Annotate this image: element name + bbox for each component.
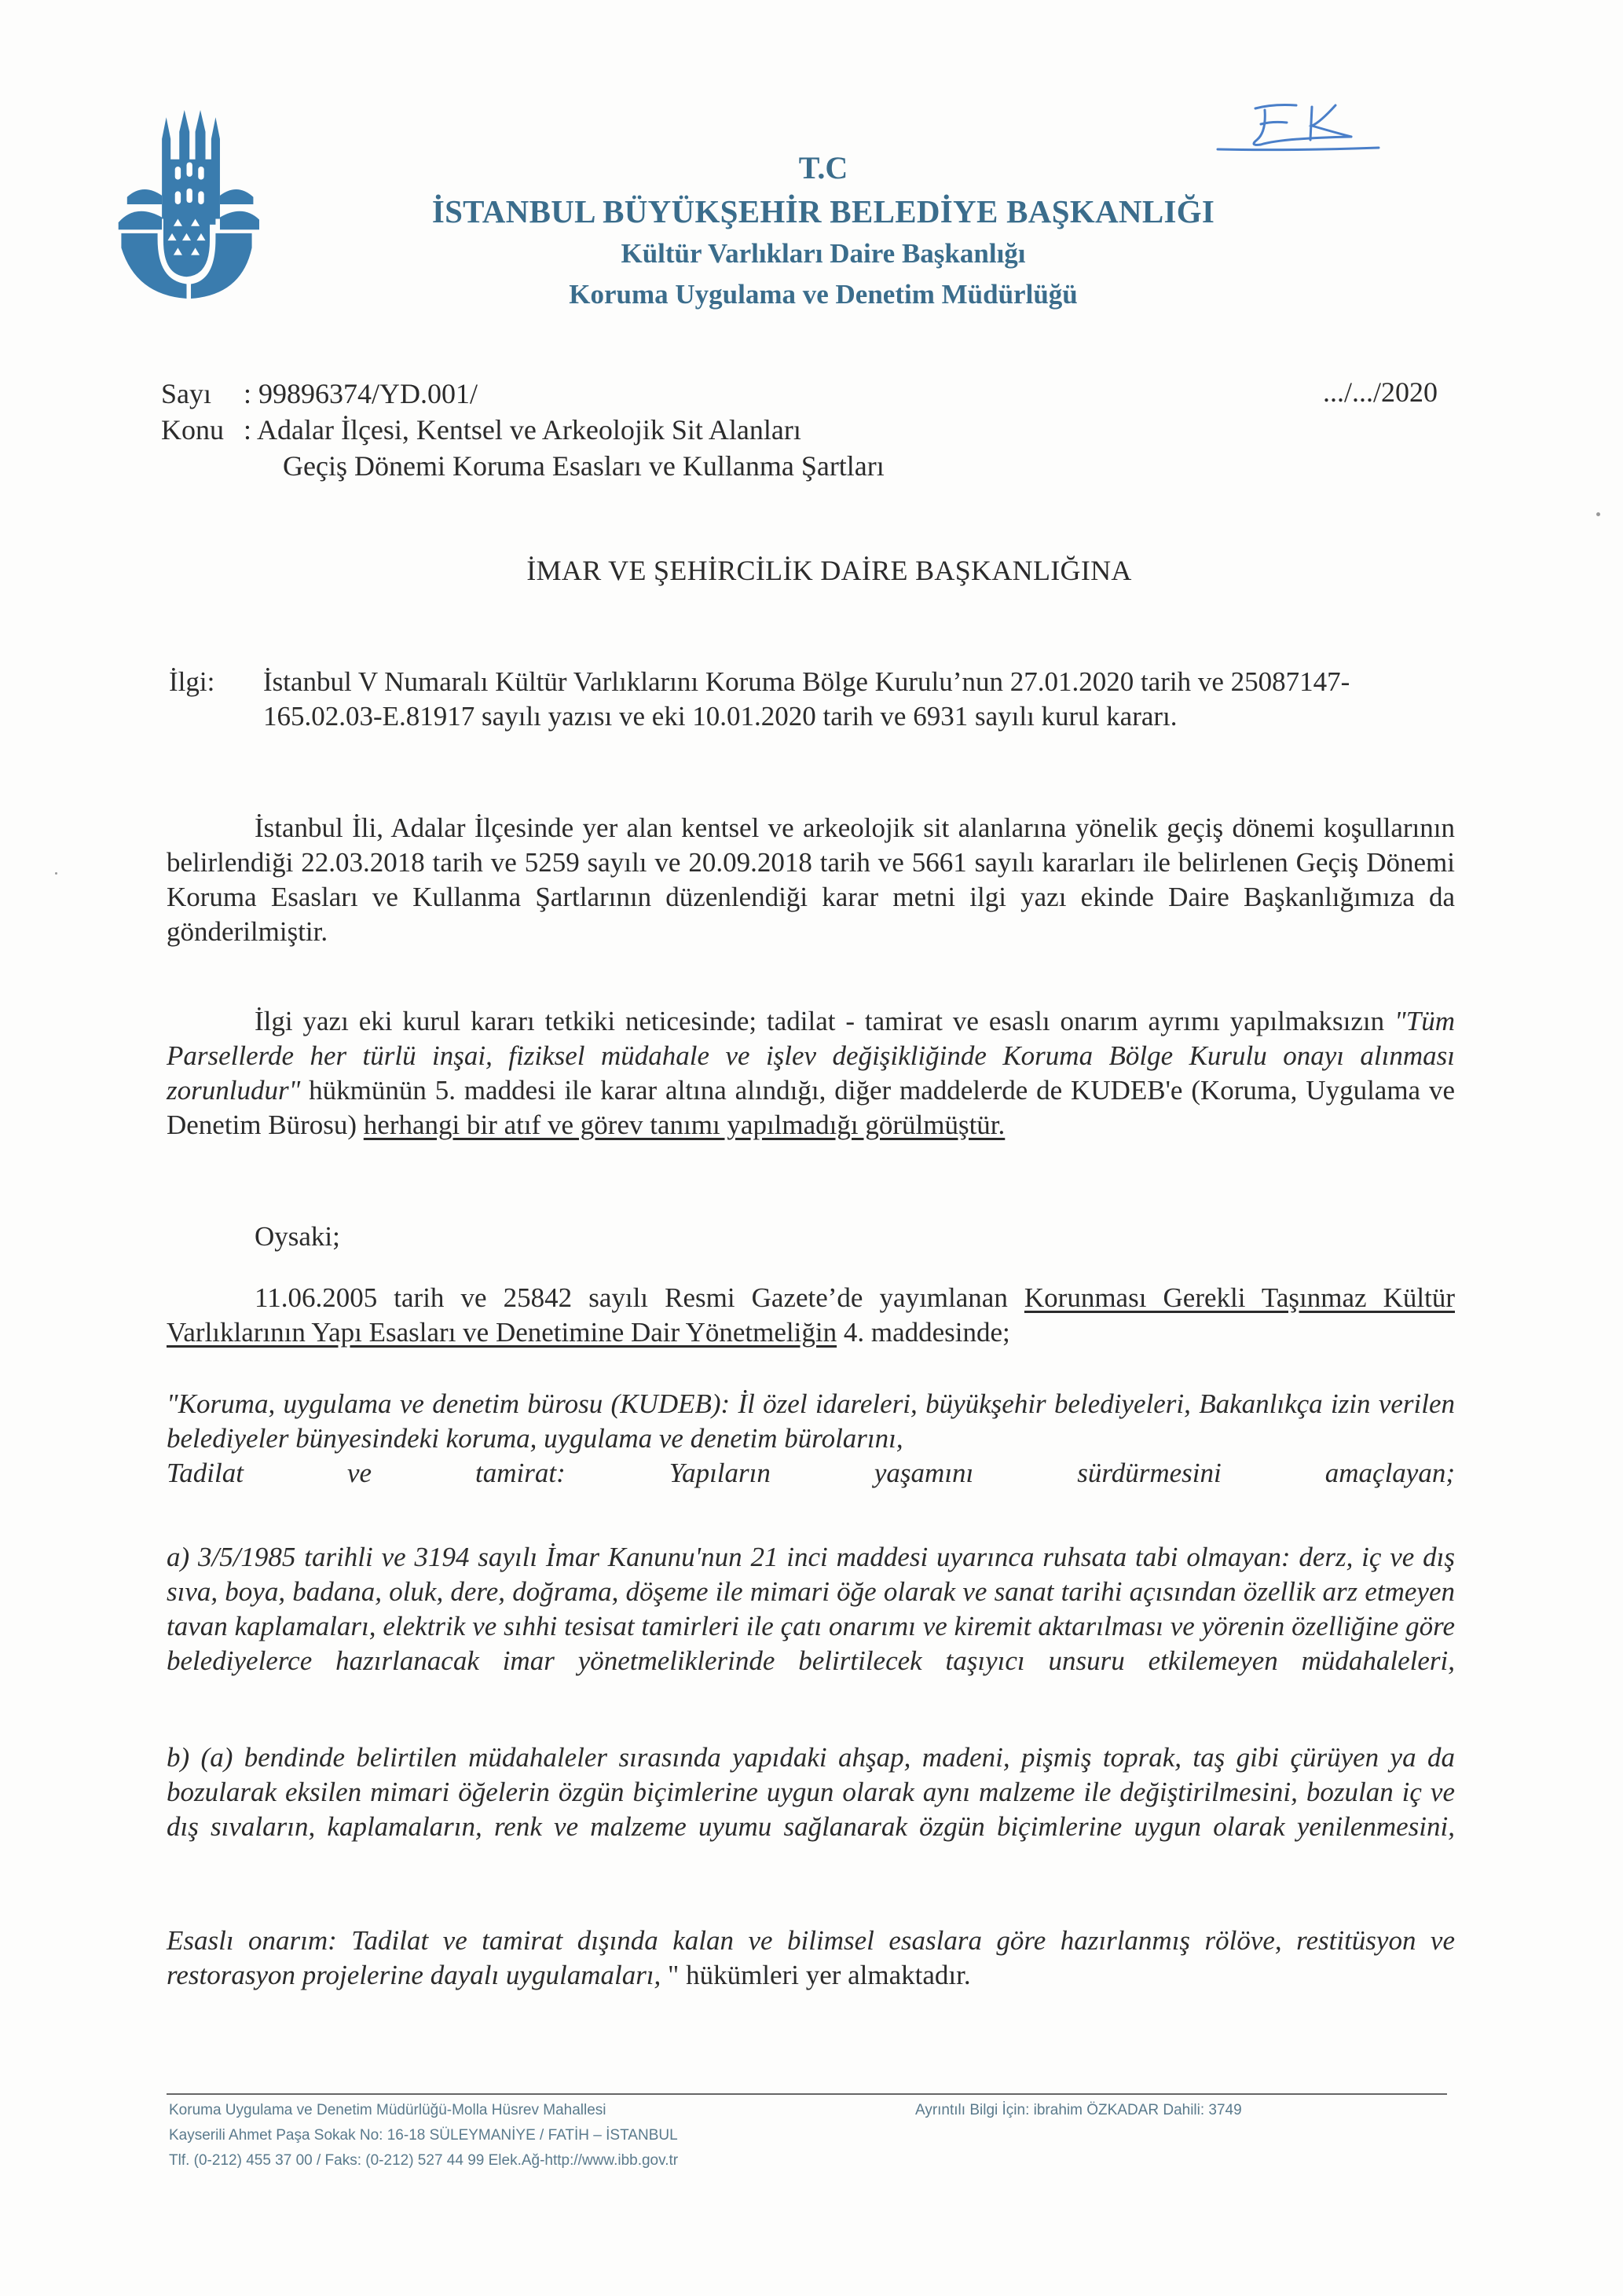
letterhead-directorate: Koruma Uygulama ve Denetim Müdürlüğü	[24, 279, 1623, 310]
ilgi-label: İlgi:	[169, 665, 263, 734]
ilgi-text: İstanbul V Numaralı Kültür Varlıklarını …	[263, 665, 1457, 734]
document-meta: Sayı : 99896374/YD.001/ Konu : Adalar İl…	[161, 376, 885, 484]
quote-kudeb-last: Tadilat ve tamirat: Yapıların yaşamını s…	[167, 1456, 1455, 1491]
quote-item-b-text: b) (a) bendinde belirtilen müdahaleler s…	[167, 1740, 1455, 1844]
paragraph-3: Oysaki;	[167, 1220, 1455, 1254]
paragraph-2-intro: İlgi yazı eki kurul kararı tetkiki netic…	[255, 1006, 1394, 1036]
quote-esasli-onarim: Esaslı onarım: Tadilat ve tamirat dışınd…	[167, 1924, 1455, 1993]
footer-contact-person: Ayrıntılı Bilgi İçin: ibrahim ÖZKADAR Da…	[915, 2098, 1242, 2123]
scan-speck	[55, 872, 57, 875]
paragraph-4: 11.06.2005 tarih ve 25842 sayılı Resmi G…	[167, 1281, 1455, 1350]
konu-value-line1: : Adalar İlçesi, Kentsel ve Arkeolojik S…	[244, 412, 801, 448]
ilgi-reference: İlgi: İstanbul V Numaralı Kültür Varlıkl…	[169, 665, 1457, 734]
sayi-value: : 99896374/YD.001/	[244, 376, 478, 412]
quote-kudeb-definition: "Koruma, uygulama ve denetim bürosu (KUD…	[167, 1387, 1455, 1491]
footer-address-line1: Koruma Uygulama ve Denetim Müdürlüğü-Mol…	[169, 2098, 678, 2123]
addressee: İMAR VE ŞEHİRCİLİK DAİRE BAŞKANLIĞINA	[35, 554, 1623, 587]
paragraph-4-tail: 4. maddesinde;	[837, 1317, 1010, 1348]
quote-kudeb-main: "Koruma, uygulama ve denetim bürosu (KUD…	[167, 1387, 1455, 1456]
letterhead-institution: İSTANBUL BÜYÜKŞEHİR BELEDİYE BAŞKANLIĞI	[24, 193, 1623, 230]
paragraph-1: İstanbul İli, Adalar İlçesinde yer alan …	[167, 811, 1455, 949]
paragraph-2: İlgi yazı eki kurul kararı tetkiki netic…	[167, 1004, 1455, 1142]
konu-label: Konu	[161, 412, 244, 448]
paragraph-4-intro: 11.06.2005 tarih ve 25842 sayılı Resmi G…	[255, 1282, 1024, 1313]
footer-divider	[167, 2093, 1447, 2095]
paragraph-3-text: Oysaki;	[167, 1220, 1455, 1254]
footer-address-line2: Kayserili Ahmet Paşa Sokak No: 16-18 SÜL…	[169, 2123, 678, 2148]
paragraph-2-underlined: herhangi bir atıf ve görev tanımı yapılm…	[364, 1109, 1005, 1140]
quote-item-b: b) (a) bendinde belirtilen müdahaleler s…	[167, 1740, 1455, 1844]
quote-item-a: a) 3/5/1985 tarihli ve 3194 sayılı İmar …	[167, 1540, 1455, 1678]
document-date: .../.../2020	[1323, 376, 1438, 409]
konu-value-line2: Geçiş Dönemi Koruma Esasları ve Kullanma…	[161, 448, 885, 484]
sayi-label: Sayı	[161, 376, 244, 412]
footer-address: Koruma Uygulama ve Denetim Müdürlüğü-Mol…	[169, 2098, 678, 2173]
quote-item-a-text: a) 3/5/1985 tarihli ve 3194 sayılı İmar …	[167, 1540, 1455, 1678]
footer-contact-numbers: Tlf. (0-212) 455 37 00 / Faks: (0-212) 5…	[169, 2148, 678, 2173]
letterhead-department: Kültür Varlıkları Daire Başkanlığı	[24, 238, 1623, 270]
document-page: T.C İSTANBUL BÜYÜKŞEHİR BELEDİYE BAŞKANL…	[0, 0, 1623, 2296]
letterhead-tc: T.C	[24, 149, 1623, 186]
esasli-onarim-tail: " hükümleri yer almaktadır.	[661, 1960, 970, 1990]
scan-speck	[1596, 512, 1600, 516]
letterhead: T.C İSTANBUL BÜYÜKŞEHİR BELEDİYE BAŞKANL…	[0, 149, 1623, 310]
paragraph-1-text: İstanbul İli, Adalar İlçesinde yer alan …	[167, 811, 1455, 949]
